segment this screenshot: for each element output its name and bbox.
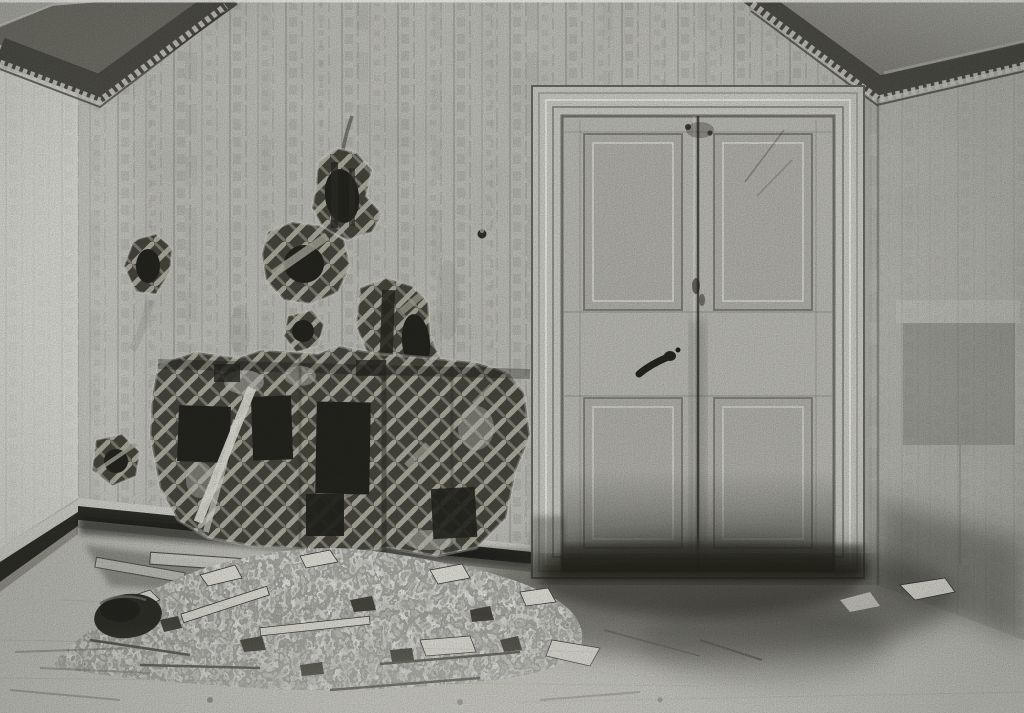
dust-specks <box>0 0 1024 713</box>
photo-damaged-room <box>0 0 1024 713</box>
photo-canvas <box>0 0 1024 713</box>
